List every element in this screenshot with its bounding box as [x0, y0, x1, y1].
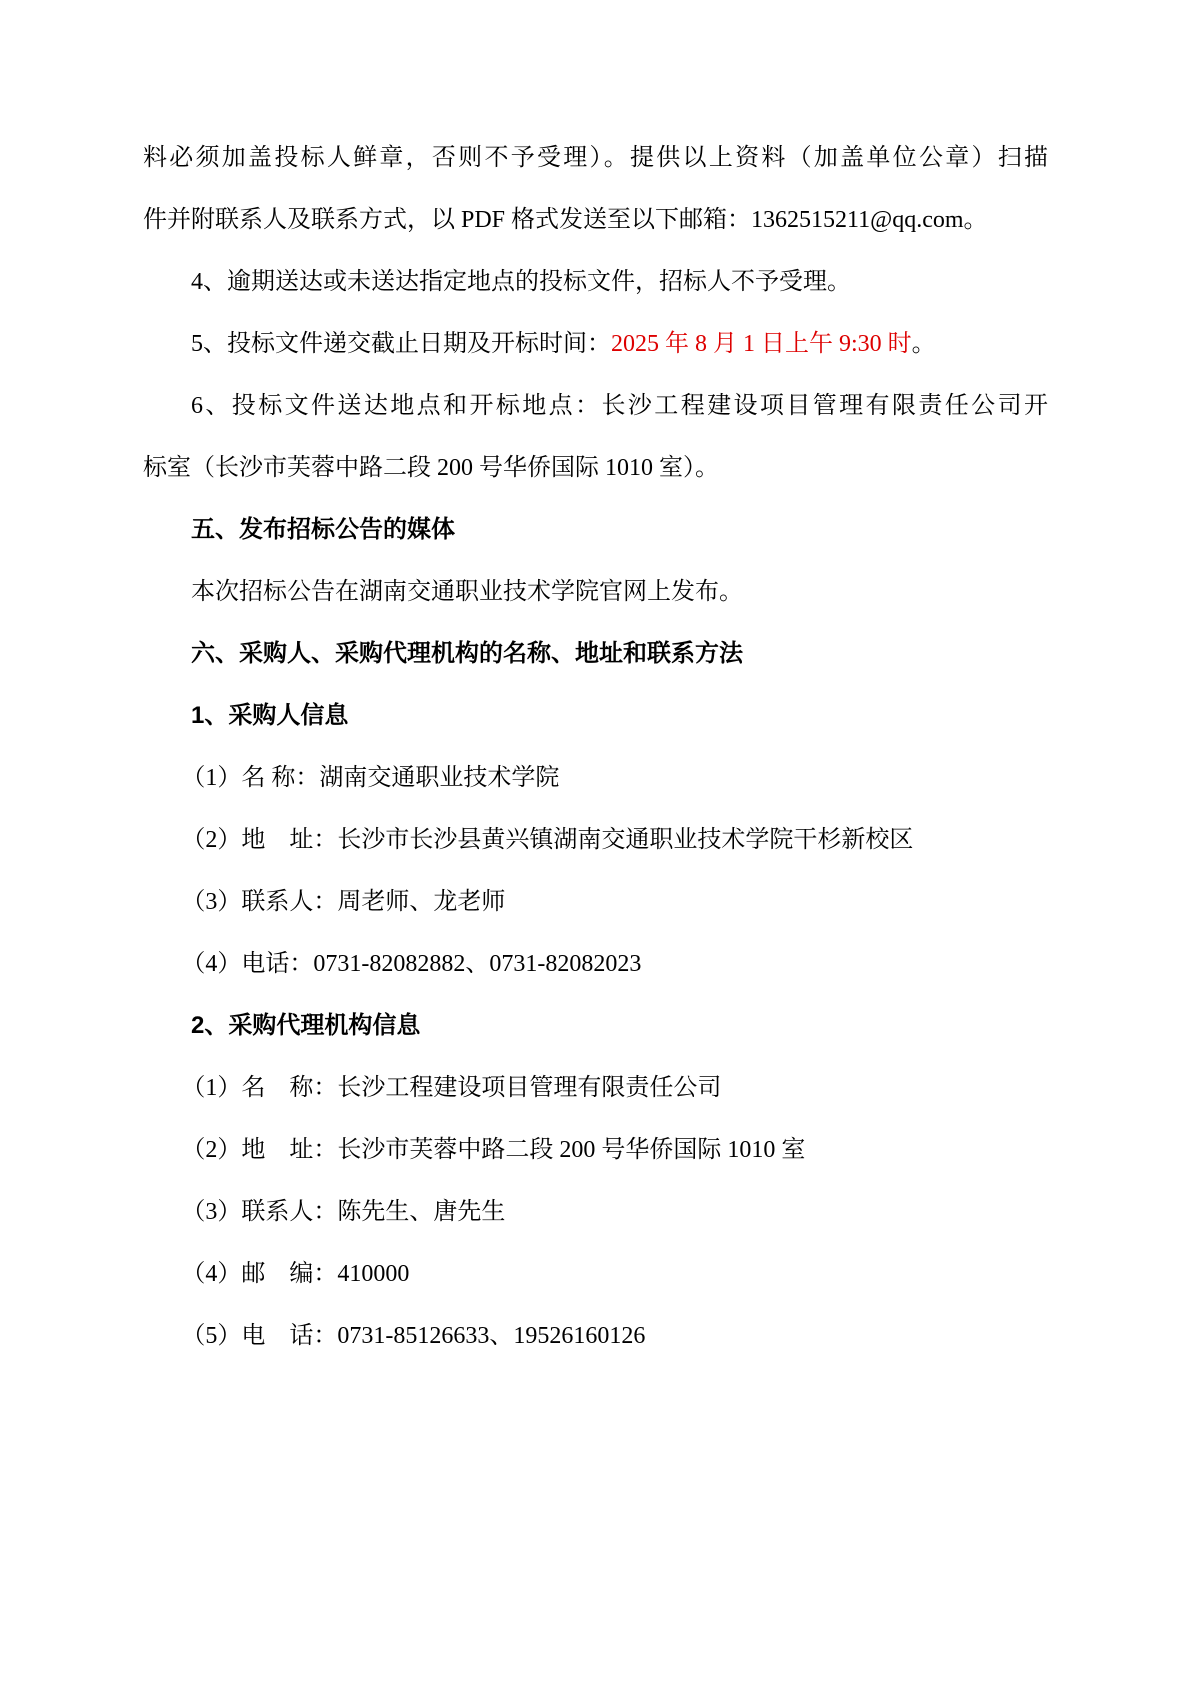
item-6-location-line1: 6、投标文件送达地点和开标地点：长沙工程建设项目管理有限责任公司开 — [143, 375, 1048, 437]
purchaser-address: （2）地 址：长沙市长沙县黄兴镇湖南交通职业技术学院干杉新校区 — [143, 809, 1048, 871]
paragraph-seal-requirement-line1: 料必须加盖投标人鲜章，否则不予受理）。提供以上资料（加盖单位公章）扫描 — [143, 127, 1048, 189]
agency-postcode: （4）邮 编：410000 — [143, 1243, 1048, 1305]
purchaser-phone: （4）电话：0731-82082882、0731-82082023 — [143, 933, 1048, 995]
item-4-late-delivery: 4、逾期送达或未送达指定地点的投标文件，招标人不予受理。 — [143, 251, 1048, 313]
item-6-location-line2: 标室（长沙市芙蓉中路二段 200 号华侨国际 1010 室）。 — [143, 437, 1048, 499]
purchaser-heading: 1、采购人信息 — [143, 685, 1048, 747]
agency-heading: 2、采购代理机构信息 — [143, 995, 1048, 1057]
agency-address: （2）地 址：长沙市芙蓉中路二段 200 号华侨国际 1010 室 — [143, 1119, 1048, 1181]
agency-name: （1）名 称：长沙工程建设项目管理有限责任公司 — [143, 1057, 1048, 1119]
section-5-heading: 五、发布招标公告的媒体 — [143, 499, 1048, 561]
agency-phone: （5）电 话：0731-85126633、19526160126 — [143, 1305, 1048, 1367]
paragraph-seal-requirement-line2: 件并附联系人及联系方式，以 PDF 格式发送至以下邮箱：1362515211@q… — [143, 189, 1048, 251]
purchaser-contacts: （3）联系人：周老师、龙老师 — [143, 871, 1048, 933]
section-5-body: 本次招标公告在湖南交通职业技术学院官网上发布。 — [143, 561, 1048, 623]
section-6-heading: 六、采购人、采购代理机构的名称、地址和联系方法 — [143, 623, 1048, 685]
item-5-prefix: 5、投标文件递交截止日期及开标时间： — [191, 331, 611, 357]
document-page: 料必须加盖投标人鲜章，否则不予受理）。提供以上资料（加盖单位公章）扫描 件并附联… — [0, 0, 1191, 1684]
item-5-deadline: 5、投标文件递交截止日期及开标时间：2025 年 8 月 1 日上午 9:30 … — [143, 313, 1048, 375]
item-5-deadline-red: 2025 年 8 月 1 日上午 9:30 时 — [611, 331, 912, 357]
purchaser-name: （1）名 称：湖南交通职业技术学院 — [143, 747, 1048, 809]
agency-contacts: （3）联系人：陈先生、唐先生 — [143, 1181, 1048, 1243]
item-5-suffix: 。 — [912, 331, 936, 357]
